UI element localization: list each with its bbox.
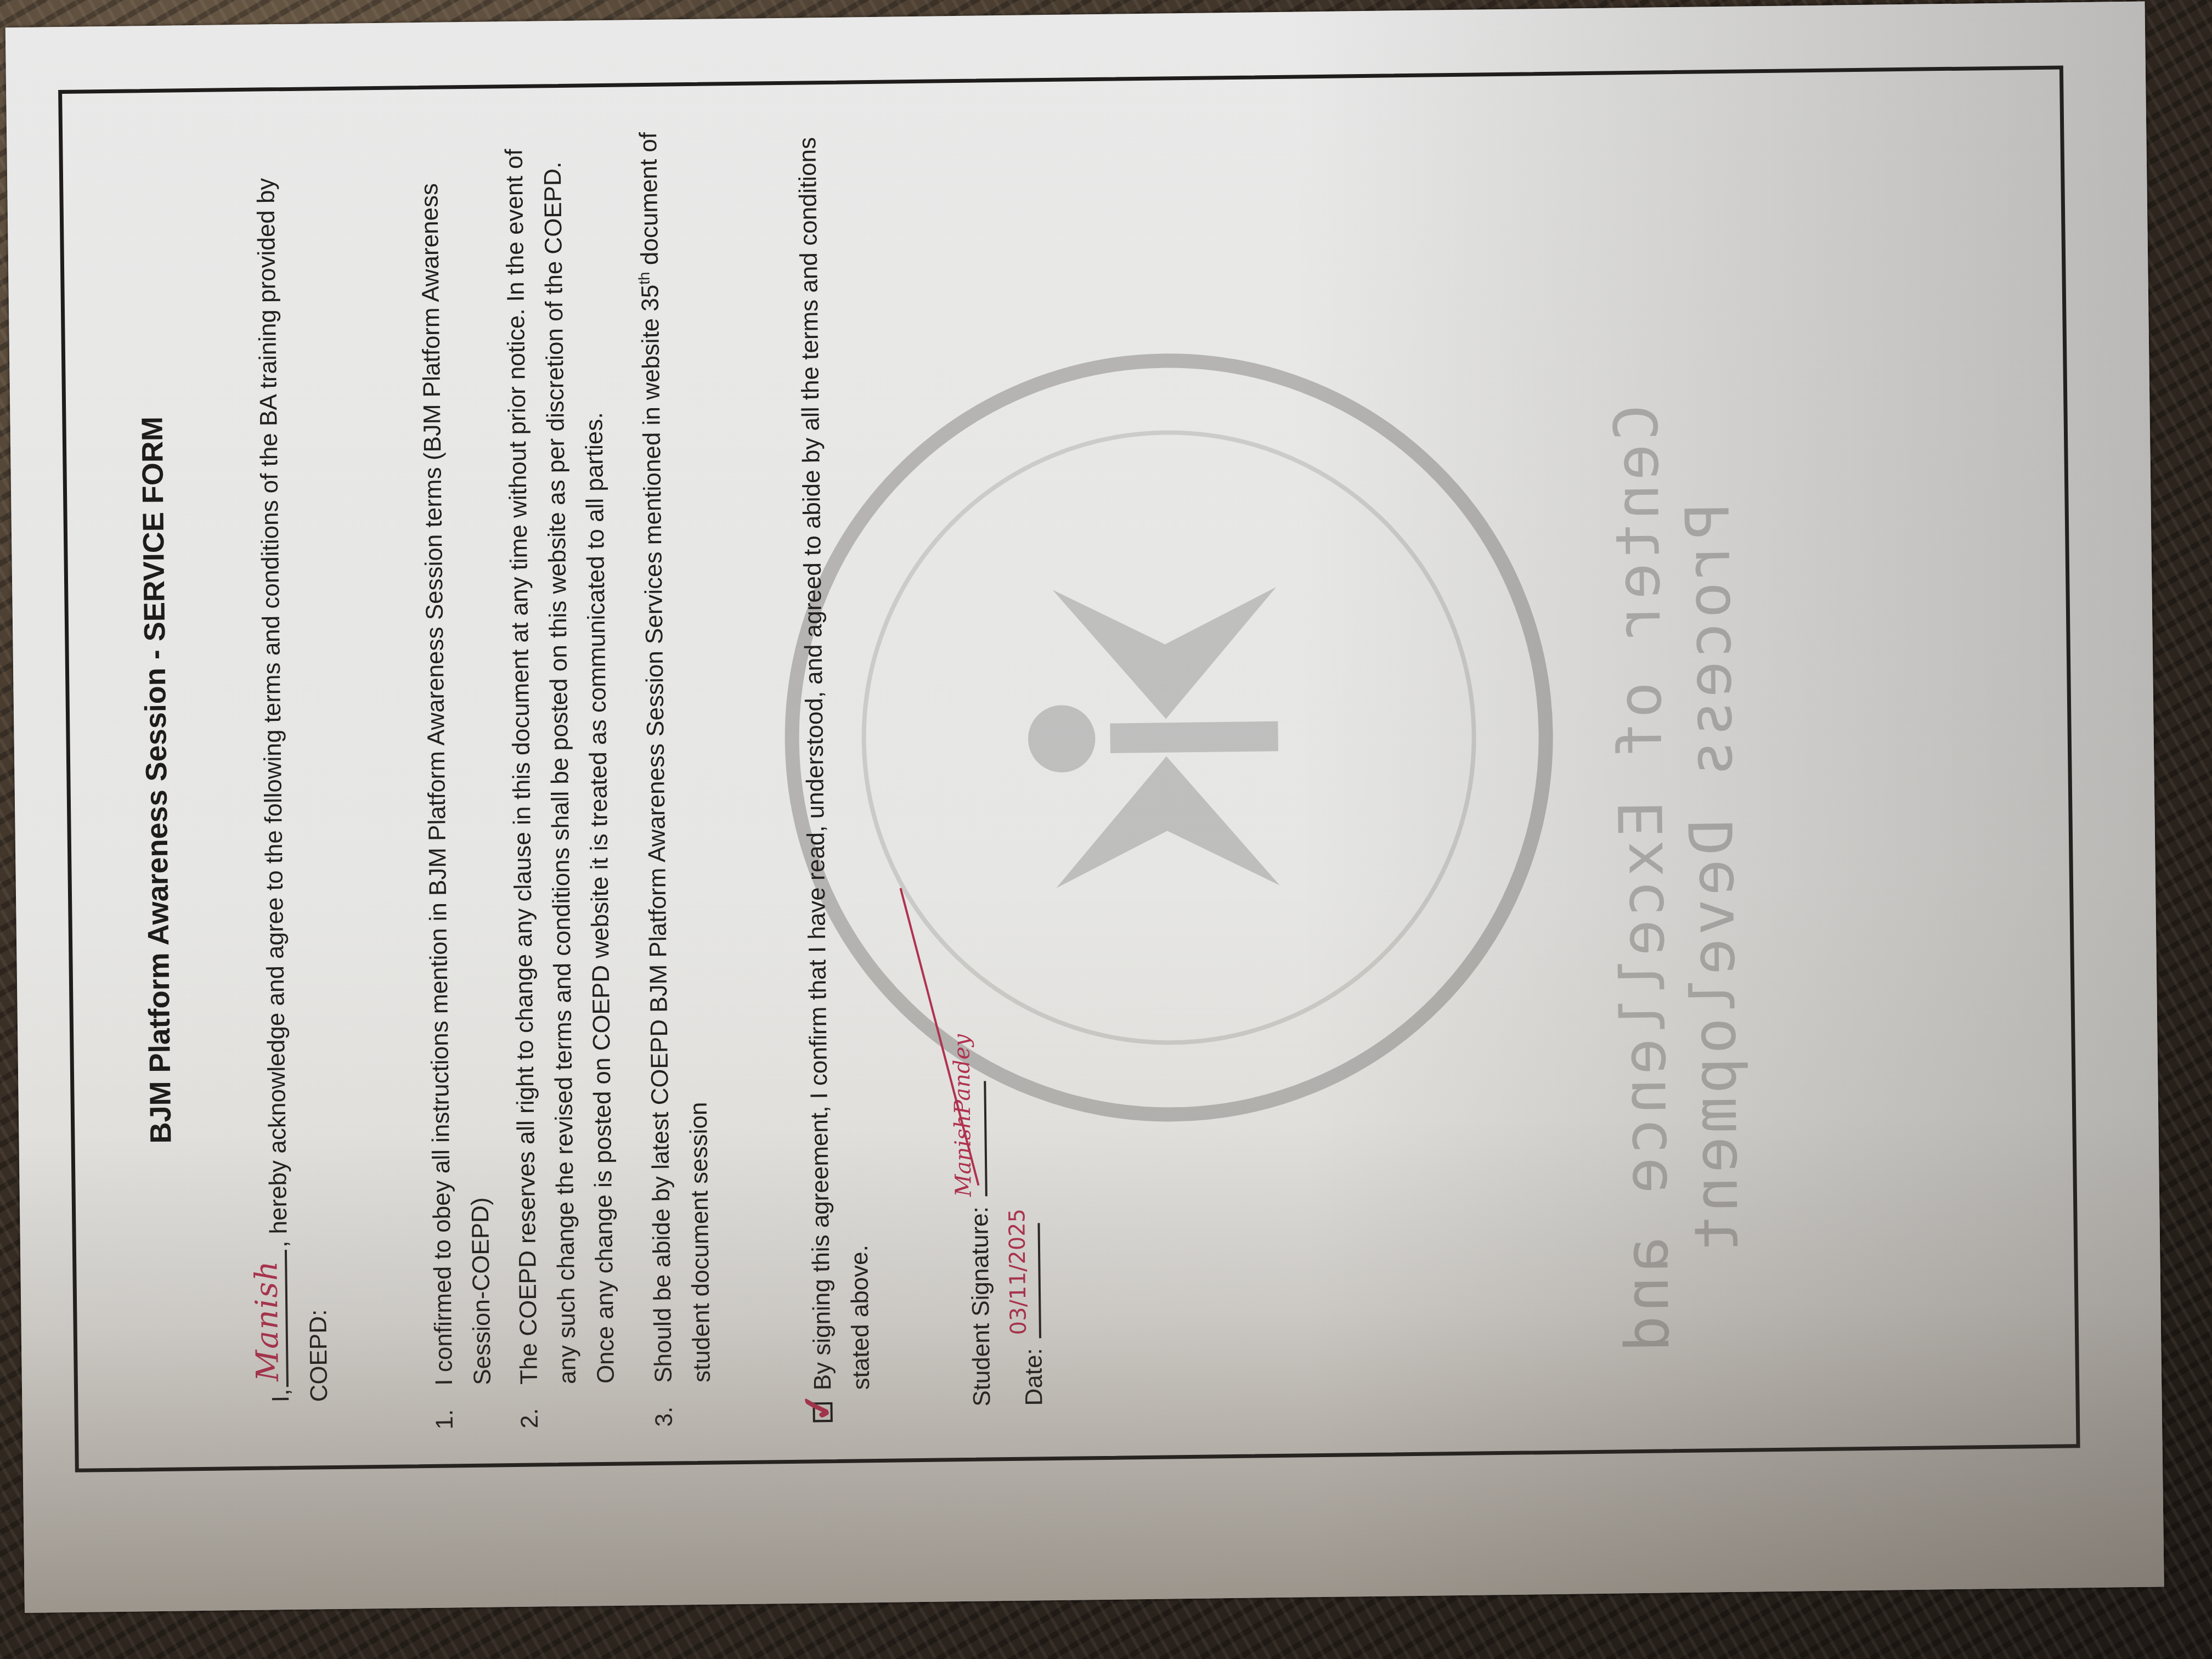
acknowledgement-paragraph: I,Manish, hereby acknowledge and agree t… bbox=[242, 123, 338, 1403]
checkmark-icon: ✓ bbox=[796, 1389, 839, 1426]
term-item-2: 2. The COEPD reserves all right to chang… bbox=[495, 122, 626, 1429]
term-item-1: 1. I confirmed to obey all instructions … bbox=[410, 123, 503, 1430]
handwritten-date: 03/11/2025 bbox=[998, 1208, 1038, 1335]
handwritten-signature: ManishPandey bbox=[943, 1034, 983, 1197]
date-label: Date: bbox=[1020, 1348, 1047, 1406]
signature-field[interactable]: ManishPandey bbox=[956, 1081, 988, 1197]
date-field[interactable]: 03/11/2025 bbox=[1010, 1223, 1041, 1339]
term-text: I confirmed to obey all instructions men… bbox=[410, 123, 502, 1386]
agreement-text: By signing this agreement, I confirm tha… bbox=[788, 116, 881, 1391]
term-text-part: Should be abide by latest COEPD BJM Plat… bbox=[637, 284, 677, 1383]
term-number: 2. bbox=[510, 1384, 626, 1429]
name-field[interactable]: Manish bbox=[256, 1250, 289, 1387]
form-border bbox=[58, 65, 2080, 1472]
signature-row: Student Signature: ManishPandey bbox=[956, 1081, 1001, 1407]
paper-sheet: Center of Excellence and Process Develop… bbox=[5, 2, 2164, 1613]
ack-prefix: I, bbox=[267, 1389, 294, 1403]
handwritten-name: Manish bbox=[247, 1260, 287, 1381]
agreement-row: ✓ By signing this agreement, I confirm t… bbox=[788, 116, 881, 1423]
term-text: Should be abide by latest COEPD BJM Plat… bbox=[629, 121, 721, 1384]
term-number: 3. bbox=[645, 1382, 722, 1427]
term-number: 1. bbox=[425, 1385, 503, 1430]
signature-label: Student Signature: bbox=[966, 1206, 995, 1407]
term-item-3: 3. Should be abide by latest COEPD BJM P… bbox=[629, 121, 722, 1427]
term-text: The COEPD reserves all right to change a… bbox=[495, 122, 625, 1385]
date-row: Date: 03/11/2025 bbox=[1010, 1223, 1053, 1406]
ordinal-superscript: th bbox=[636, 272, 653, 285]
ack-suffix: , hereby acknowledge and agree to the fo… bbox=[252, 178, 332, 1402]
agreement-checkbox[interactable]: ✓ bbox=[812, 1402, 832, 1422]
document-page: Center of Excellence and Process Develop… bbox=[5, 2, 2164, 1613]
